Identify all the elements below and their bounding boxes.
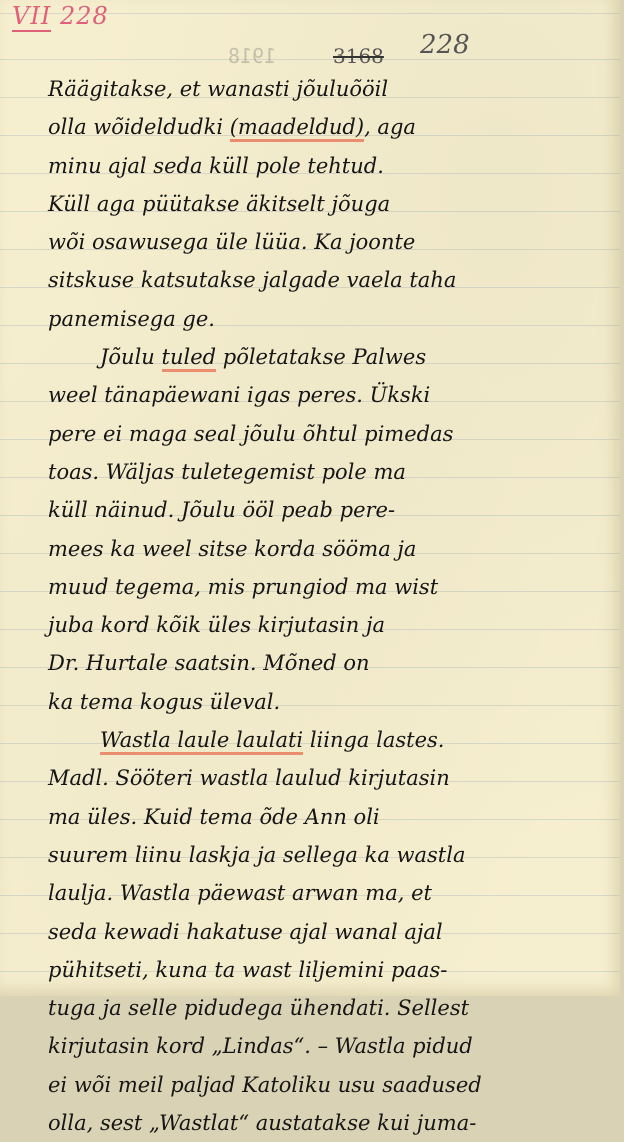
red-underlined-phrase: Wastla laule laulati: [100, 728, 303, 755]
text-line: Jõulu tuled põletatakse Palwes: [48, 338, 608, 376]
text-line: sitskuse katsutakse jalgade vaela taha: [48, 261, 608, 299]
text-line: muud tegema, mis prungiod ma wist: [48, 568, 608, 606]
text-line: juba kord kõik üles kirjutasin ja: [48, 606, 608, 644]
text-line: Küll aga püütakse äkitselt jõuga: [48, 185, 608, 223]
text-line: pere ei maga seal jõulu õhtul pimedas: [48, 415, 608, 453]
text-line: Madl. Sööteri wastla laulud kirjutasin: [48, 759, 608, 797]
text-line: panemisega ge.: [48, 300, 608, 338]
text-line: ka tema kogus üleval.: [48, 683, 608, 721]
text-line: Wastla laule laulati liinga lastes.: [48, 721, 608, 759]
archive-mark: VII 228: [12, 2, 109, 30]
text-line: olla wõideldudki (maadeldud), aga: [48, 108, 608, 146]
text-line: toas. Wäljas tuletegemist pole ma: [48, 453, 608, 491]
text-line: ma üles. Kuid tema õde Ann oli: [48, 798, 608, 836]
text-line: Dr. Hurtale saatsin. Mõned on: [48, 644, 608, 682]
text-line: weel tänapäewani igas peres. Ükski: [48, 376, 608, 414]
text-line: wõi osawusega üle lüüa. Ka joonte: [48, 223, 608, 261]
bleed-through-stamp: 1918: [228, 44, 276, 68]
struck-page-number: 3168: [333, 44, 384, 68]
page-number: 228: [420, 30, 470, 60]
text-line: pühitseti, kuna ta wast liljemini paas-: [48, 951, 608, 989]
text-line: Räägitakse, et wanasti jõuluõöil: [48, 70, 608, 108]
manuscript-page: VII 228 1918 3168 228 Räägitakse, et wan…: [0, 0, 620, 996]
handwritten-text: Räägitakse, et wanasti jõuluõöil olla wõ…: [48, 70, 608, 1000]
text-line: küll näinud. Jõulu ööl peab pere-: [48, 491, 608, 529]
text-line: suurem liinu laskja ja sellega ka wastla: [48, 836, 608, 874]
text-line: tuga ja selle pidudega ühendati. Sellest: [48, 989, 608, 1000]
text-line: mees ka weel sitse korda sööma ja: [48, 530, 608, 568]
red-underlined-word: (maadeldud): [230, 115, 364, 142]
text-line: seda kewadi hakatuse ajal wanal ajal: [48, 913, 608, 951]
text-line: minu ajal seda küll pole tehtud.: [48, 147, 608, 185]
text-line: laulja. Wastla päewast arwan ma, et: [48, 874, 608, 912]
archive-volume: VII: [12, 2, 51, 32]
red-underlined-word: tuled: [162, 345, 217, 372]
archive-page-number: 228: [60, 2, 109, 30]
